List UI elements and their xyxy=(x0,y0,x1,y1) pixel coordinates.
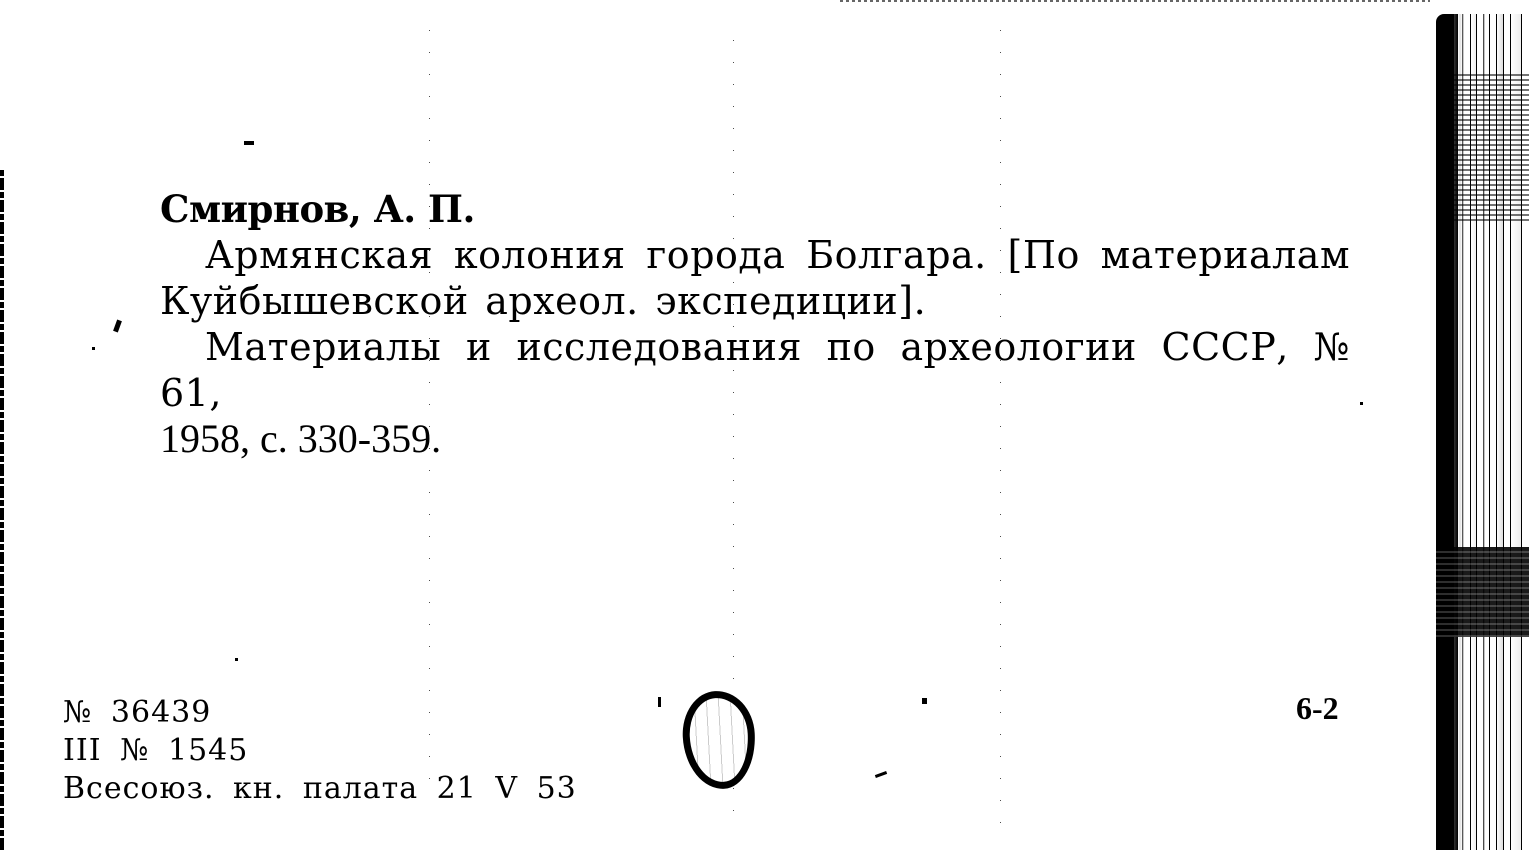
scan-speck xyxy=(92,347,95,350)
author-heading: Смирнов, А. П. xyxy=(160,186,1350,232)
edge-shadow xyxy=(1436,74,1529,224)
left-edge xyxy=(0,170,4,850)
citation-entry: Смирнов, А. П. Армянская колония города … xyxy=(160,186,1350,462)
scan-speck xyxy=(235,658,238,661)
work-title: Армянская колония города Болгара. [По ма… xyxy=(160,232,1350,324)
scan-speck xyxy=(113,320,122,333)
top-edge xyxy=(840,0,1430,2)
punch-hole-icon xyxy=(680,689,757,791)
scan-speck xyxy=(875,771,887,778)
scan-speck xyxy=(244,141,254,145)
scan-speck xyxy=(922,698,927,704)
year-and-pages: 1958, с. 330-359. xyxy=(160,416,1350,462)
source-publication: Материалы и исследования по археологии С… xyxy=(160,324,1350,416)
classification-mark: 6-2 xyxy=(1296,690,1339,727)
edge-dark-band xyxy=(1436,547,1529,637)
scanned-right-edge xyxy=(1436,14,1529,850)
series-number: III № 1545 xyxy=(63,732,577,770)
publisher-stamp: Всесоюз. кн. палата 21 V 53 xyxy=(63,770,577,808)
card-metadata: № 36439 III № 1545 Всесоюз. кн. палата 2… xyxy=(63,694,577,808)
record-number: № 36439 xyxy=(63,694,577,732)
catalog-card: Смирнов, А. П. Армянская колония города … xyxy=(0,0,1529,850)
scan-speck xyxy=(1360,402,1363,405)
scan-speck xyxy=(658,697,661,707)
